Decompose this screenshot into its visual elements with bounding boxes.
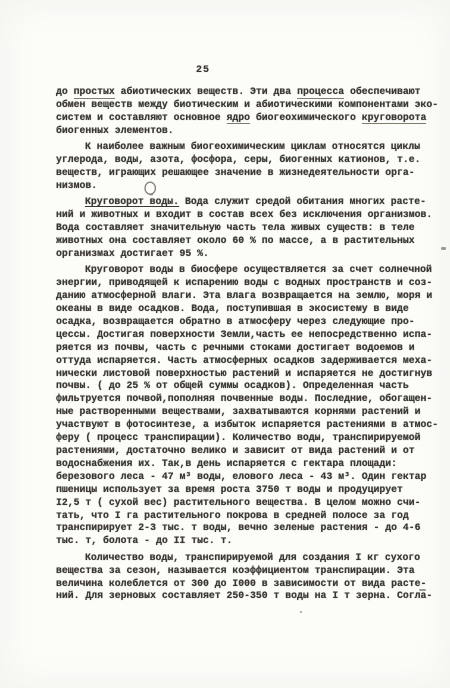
scan-speck [300, 611, 302, 613]
text-segment: Количество воды, транспирируемой для соз… [85, 552, 420, 563]
text-segment: участвуют в фотосинтезе, а избыток испар… [56, 419, 438, 430]
text-line: ний и животных и входит в состав всех бе… [56, 209, 440, 222]
text-segment: тыс. т, болота - до II тыс. т. [56, 535, 232, 546]
text-segment: нически листовой поверхностью растений и… [56, 368, 432, 379]
text-line: веществ, играющих решающее значение в жи… [56, 167, 440, 180]
text-segment: веществ, играющих решающее значение в жи… [56, 167, 415, 178]
text-segment: вещества за сезон, называется коэффициен… [56, 565, 415, 576]
pencil-underlined-word: круговорота [362, 112, 427, 125]
text-line: Круговорот воды. Вода служит средой обит… [56, 196, 440, 209]
page-number: 25 [196, 65, 210, 76]
text-segment: К наиболее важным биогеохимическим цикла… [85, 141, 420, 152]
text-segment: феру ( процесс транспирации). Количество… [56, 432, 421, 443]
pencil-underlined-word: простых [74, 86, 115, 99]
text-segment: углерода, воды, азота, фосфора, серы, би… [56, 154, 421, 165]
scan-speck [419, 589, 426, 591]
text-segment: Круговорот воды в биосфере осуществляетс… [85, 264, 432, 275]
text-line: цессы. Достигая поверхности Земли,часть … [56, 329, 440, 342]
text-line: водоснабжения их. Так,в день испаряется … [56, 458, 440, 471]
text-line: вещества за сезон, называется коэффициен… [56, 565, 440, 578]
paragraph: К наиболее важным биогеохимическим цикла… [56, 141, 440, 193]
text-segment: осадка, возвращается обратно в атмосферу… [56, 316, 415, 327]
text-line: Количество воды, транспирируемой для соз… [56, 552, 440, 565]
text-segment: тать, что I га растительного покрова в с… [56, 510, 409, 521]
text-segment: обеспечивают [344, 86, 420, 97]
text-line: березового леса - 47 м³ воды, елового ле… [56, 471, 440, 484]
text-line: К наиболее важным биогеохимическим цикла… [56, 141, 440, 154]
text-line: обмен веществ между биотическим и абиоти… [56, 99, 440, 112]
text-line: океаны в виде осадков. Вода, поступившая… [56, 303, 440, 316]
text-segment: оттуда испаряется. Часть атмосферных оса… [56, 355, 432, 366]
text-line: тать, что I га растительного покрова в с… [56, 510, 440, 523]
text-segment: транспирирует 2-3 тыс. т воды, вечно зел… [56, 522, 421, 533]
text-segment: растениями, достаточно велико и зависит … [56, 445, 415, 456]
text-line: пшеницы использует за время роста 3750 т… [56, 484, 440, 497]
text-segment: почвы. ( до 25 % от общей суммы осадков)… [56, 380, 409, 391]
text-segment: Вода составляет значительную часть тела … [56, 222, 415, 233]
text-segment: ний и животных и входит в состав всех бе… [56, 209, 432, 220]
text-line: низмов. [56, 180, 440, 193]
text-line: энергии, приводящей к испарению воды с в… [56, 277, 440, 290]
text-line: углерода, воды, азота, фосфора, серы, би… [56, 154, 440, 167]
text-segment: березового леса - 47 м³ воды, елового ле… [56, 471, 426, 482]
underlined-heading: Круговорот воды. [85, 196, 179, 207]
text-segment: биогенных элементов. [56, 125, 174, 136]
text-line: Круговорот воды в биосфере осуществляетс… [56, 264, 440, 277]
text-segment: Вода служит средой обитания многих расте… [179, 196, 426, 207]
paragraph: Круговорот воды в биосфере осуществляетс… [56, 264, 440, 548]
text-line: почвы. ( до 25 % от общей суммы осадков)… [56, 380, 440, 393]
text-line: участвуют в фотосинтезе, а избыток испар… [56, 419, 440, 432]
text-segment: биогеохимического [250, 112, 362, 123]
text-line: ряется из почвы, часть с речными стоками… [56, 342, 440, 355]
paragraph: Круговорот воды. Вода служит средой обит… [56, 196, 440, 261]
text-segment: энергии, приводящей к испарению воды с в… [56, 277, 432, 288]
text-line: ний. Для зерновых составляет 250-350 т в… [56, 590, 440, 603]
text-segment: организмах достигает 95 %. [56, 248, 209, 259]
scanned-book-page: 25 до простых абиотических веществ. Эти … [0, 0, 450, 688]
text-line: величина колеблется от 300 до I000 в зав… [56, 578, 440, 591]
text-segment: ные растворенными веществами, захватываю… [56, 406, 421, 417]
text-line: систем и составляют основное ядро биогео… [56, 112, 440, 125]
text-line: биогенных элементов. [56, 125, 440, 138]
text-line: организмах достигает 95 %. [56, 248, 440, 261]
text-segment: величина колеблется от 300 до I000 в зав… [56, 578, 426, 589]
paragraph: Количество воды, транспирируемой для соз… [56, 552, 440, 604]
pencil-underlined-word: процесса [297, 86, 344, 99]
text-line: осадка, возвращается обратно в атмосферу… [56, 316, 440, 329]
text-segment: низмов. [56, 180, 97, 191]
pencil-underlined-word: ядро [227, 112, 251, 125]
text-segment: водоснабжения их. Так,в день испаряется … [56, 458, 397, 469]
text-line: ные растворенными веществами, захватываю… [56, 406, 440, 419]
scan-speck [441, 247, 446, 250]
text-segment: пшеницы использует за время роста 3750 т… [56, 484, 403, 495]
text-line: оттуда испаряется. Часть атмосферных оса… [56, 355, 440, 368]
text-line: до простых абиотических веществ. Эти два… [56, 86, 440, 99]
text-segment: ряется из почвы, часть с речными стоками… [56, 342, 415, 353]
text-line: тыс. т, болота - до II тыс. т. [56, 535, 440, 548]
text-line: I2,5 т ( сухой вес) растительного вещест… [56, 497, 440, 510]
text-segment: океаны в виде осадков. Вода, поступившая… [56, 303, 409, 314]
text-line: растениями, достаточно велико и зависит … [56, 445, 440, 458]
text-segment: до [56, 86, 74, 97]
text-segment: ний. Для зерновых составляет 250-350 т в… [56, 590, 432, 601]
text-segment: абиотических веществ. Эти два [115, 86, 297, 97]
text-segment: систем и составляют основное [56, 112, 227, 123]
text-segment: данию атмосферной влаги. Эта влага возвр… [56, 290, 432, 301]
text-line: Вода составляет значительную часть тела … [56, 222, 440, 235]
text-segment: обмен веществ между биотическим и абиоти… [56, 99, 438, 110]
text-line: нически листовой поверхностью растений и… [56, 368, 440, 381]
text-segment: I2,5 т ( сухой вес) растительного вещест… [56, 497, 421, 508]
text-line: животных она составляет около 60 % по ма… [56, 235, 440, 248]
text-line: фильтруется почвой,пополняя почвенные во… [56, 393, 440, 406]
text-segment: фильтруется почвой,пополняя почвенные во… [56, 393, 432, 404]
text-segment: животных она составляет около 60 % по ма… [56, 235, 415, 246]
text-line: транспирирует 2-3 тыс. т воды, вечно зел… [56, 522, 440, 535]
paragraph: до простых абиотических веществ. Эти два… [56, 86, 440, 138]
text-block: до простых абиотических веществ. Эти два… [56, 86, 440, 607]
text-segment: цессы. Достигая поверхности Земли,часть … [56, 329, 432, 340]
pencil-circle-mark-icon [143, 181, 158, 197]
text-line: феру ( процесс транспирации). Количество… [56, 432, 440, 445]
text-line: данию атмосферной влаги. Эта влага возвр… [56, 290, 440, 303]
